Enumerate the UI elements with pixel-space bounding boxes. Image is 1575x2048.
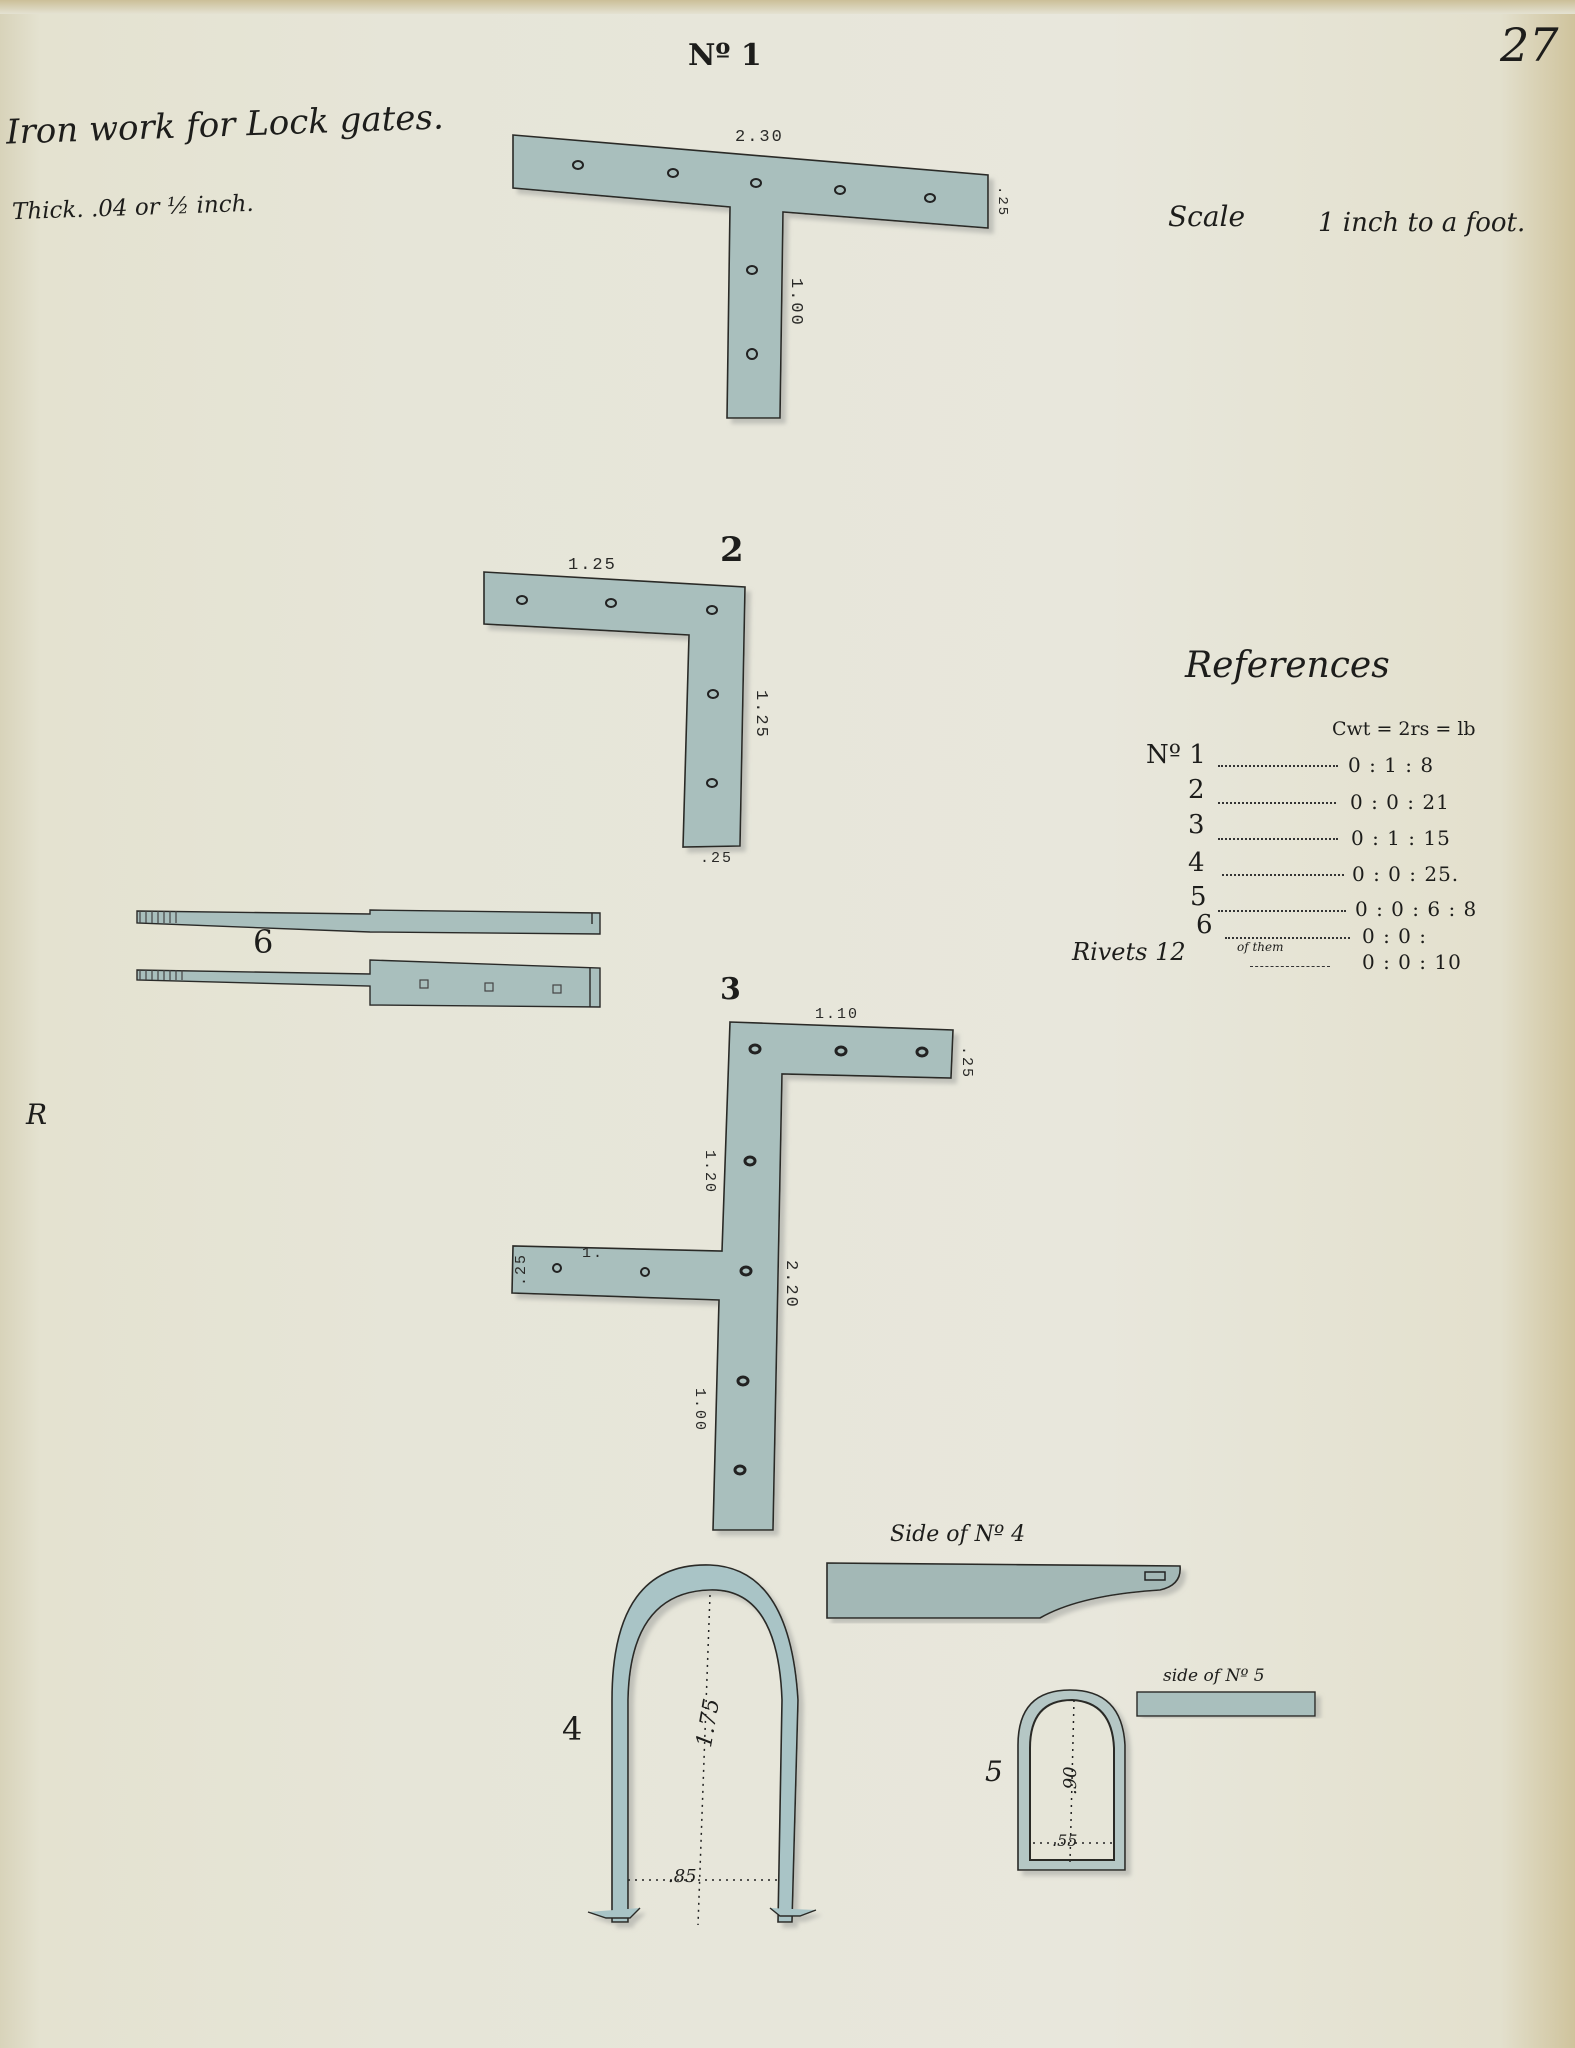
ref-leader	[1218, 802, 1336, 804]
references-columns: Cwt = 2rs = lb	[1332, 718, 1476, 740]
side-of-4-view	[827, 1563, 1180, 1618]
fig3-dim-upper-stem: 1.20	[701, 1150, 718, 1194]
ref-value: 0 : 0 : 21	[1350, 790, 1450, 814]
fig2-dim-width: .25	[700, 850, 733, 867]
ref-key: 4	[1188, 848, 1205, 878]
ref-value: 0 : 1 : 8	[1348, 753, 1434, 777]
ref-note: of them	[1237, 940, 1284, 954]
fig3-dim-side-width: .25	[513, 1253, 530, 1286]
ref-value: 0 : 0 : 25.	[1352, 862, 1459, 886]
ref-key-rivets: Rivets 12	[1072, 938, 1186, 966]
figure-2-label: 2	[720, 530, 744, 570]
figure-5-label: 5	[985, 1755, 1003, 1788]
ref-key: 6	[1196, 910, 1213, 940]
fig1-dim-width: .25	[994, 186, 1010, 217]
figure-6-label: 6	[253, 923, 273, 961]
ref-value: 0 : 0 : 6 : 8	[1355, 897, 1477, 921]
fig1-dim-stem: 1.00	[786, 278, 805, 327]
ref-leader	[1250, 966, 1330, 967]
ref-leader	[1225, 937, 1350, 939]
figure-3-cranked-plate	[512, 1022, 953, 1530]
ref-value: 0 : 0 :	[1362, 924, 1427, 948]
fig2-dim-side: 1.25	[751, 690, 770, 739]
figure-4-dim-lines	[628, 1595, 780, 1925]
fig3-dim-top-width: .25	[958, 1046, 975, 1079]
fig1-dim-top: 2.30	[735, 128, 784, 147]
ref-key: 2	[1188, 775, 1205, 805]
figure-1-label: Nº 1	[688, 38, 762, 73]
side-of-5-label: side of Nº 5	[1163, 1666, 1265, 1686]
figure-1-t-plate	[513, 135, 988, 418]
figure-4-label: 4	[562, 1710, 582, 1748]
fig5-dim-height: .90	[1060, 1766, 1081, 1795]
fig4-dim-width: .85	[668, 1866, 697, 1887]
fig3-dim-top-arm: 1.10	[815, 1006, 859, 1023]
figure-6-bolt-strap	[137, 910, 600, 1007]
ref-value: 0 : 1 : 15	[1351, 826, 1451, 850]
ref-value: 0 : 0 : 10	[1362, 950, 1462, 974]
references-heading: References	[1185, 645, 1390, 686]
fig3-dim-side-arm: 1.	[582, 1245, 604, 1262]
ref-leader	[1218, 910, 1346, 912]
fig3-dim-lower-stem: 1.00	[691, 1388, 708, 1432]
fig5-dim-width: .55	[1052, 1831, 1077, 1850]
side-of-4-label: Side of Nº 4	[890, 1522, 1025, 1547]
ref-key: 3	[1188, 810, 1205, 840]
figure-2-l-plate	[484, 572, 745, 847]
ref-leader	[1218, 765, 1338, 767]
figure-3-label: 3	[720, 972, 741, 1007]
side-of-5-view	[1137, 1692, 1315, 1716]
ref-key: Nº 1	[1146, 740, 1206, 770]
ref-leader	[1218, 838, 1338, 840]
ref-key: 5	[1190, 882, 1207, 912]
fig3-dim-total: 2.20	[781, 1260, 800, 1309]
fig2-dim-top: 1.25	[568, 556, 617, 575]
ref-leader	[1222, 874, 1344, 876]
